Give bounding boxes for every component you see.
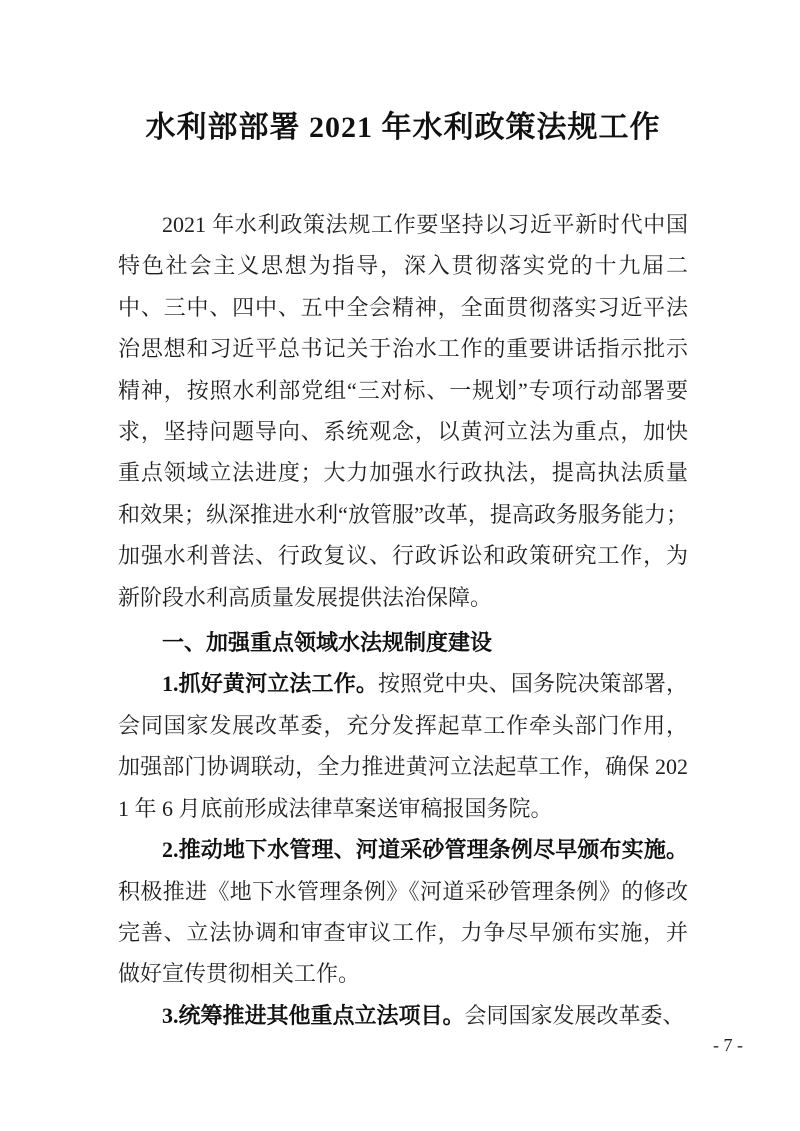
document-page: 水利部部署 2021 年水利政策法规工作 2021 年水利政策法规工作要坚持以习… — [0, 0, 800, 1131]
section-1-heading: 一、加强重点领域水法规制度建设 — [118, 622, 688, 663]
page-number: - 7 - — [713, 1034, 743, 1056]
list-item-2-lead: 2.推动地下水管理、河道采砂管理条例尽早颁布实施。 — [162, 837, 688, 862]
document-content: 水利部部署 2021 年水利政策法规工作 2021 年水利政策法规工作要坚持以习… — [118, 0, 688, 1036]
document-title: 水利部部署 2021 年水利政策法规工作 — [118, 108, 688, 148]
list-item-1-lead: 1.抓好黄河立法工作。 — [162, 671, 378, 696]
list-item-2-body: 积极推进《地下水管理条例》《河道采砂管理条例》的修改完善、立法协调和审查审议工作… — [118, 879, 688, 987]
list-item-2: 2.推动地下水管理、河道采砂管理条例尽早颁布实施。积极推进《地下水管理条例》《河… — [118, 829, 688, 995]
list-item-1: 1.抓好黄河立法工作。按照党中央、国务院决策部署，会同国家发展改革委，充分发挥起… — [118, 663, 688, 829]
list-item-3-lead: 3.统筹推进其他重点立法项目。 — [162, 1003, 465, 1028]
intro-paragraph: 2021 年水利政策法规工作要坚持以习近平新时代中国特色社会主义思想为指导，深入… — [118, 204, 688, 618]
list-item-3-body: 会同国家发展改革委、 — [465, 1003, 685, 1028]
list-item-3: 3.统筹推进其他重点立法项目。会同国家发展改革委、 — [118, 995, 688, 1036]
